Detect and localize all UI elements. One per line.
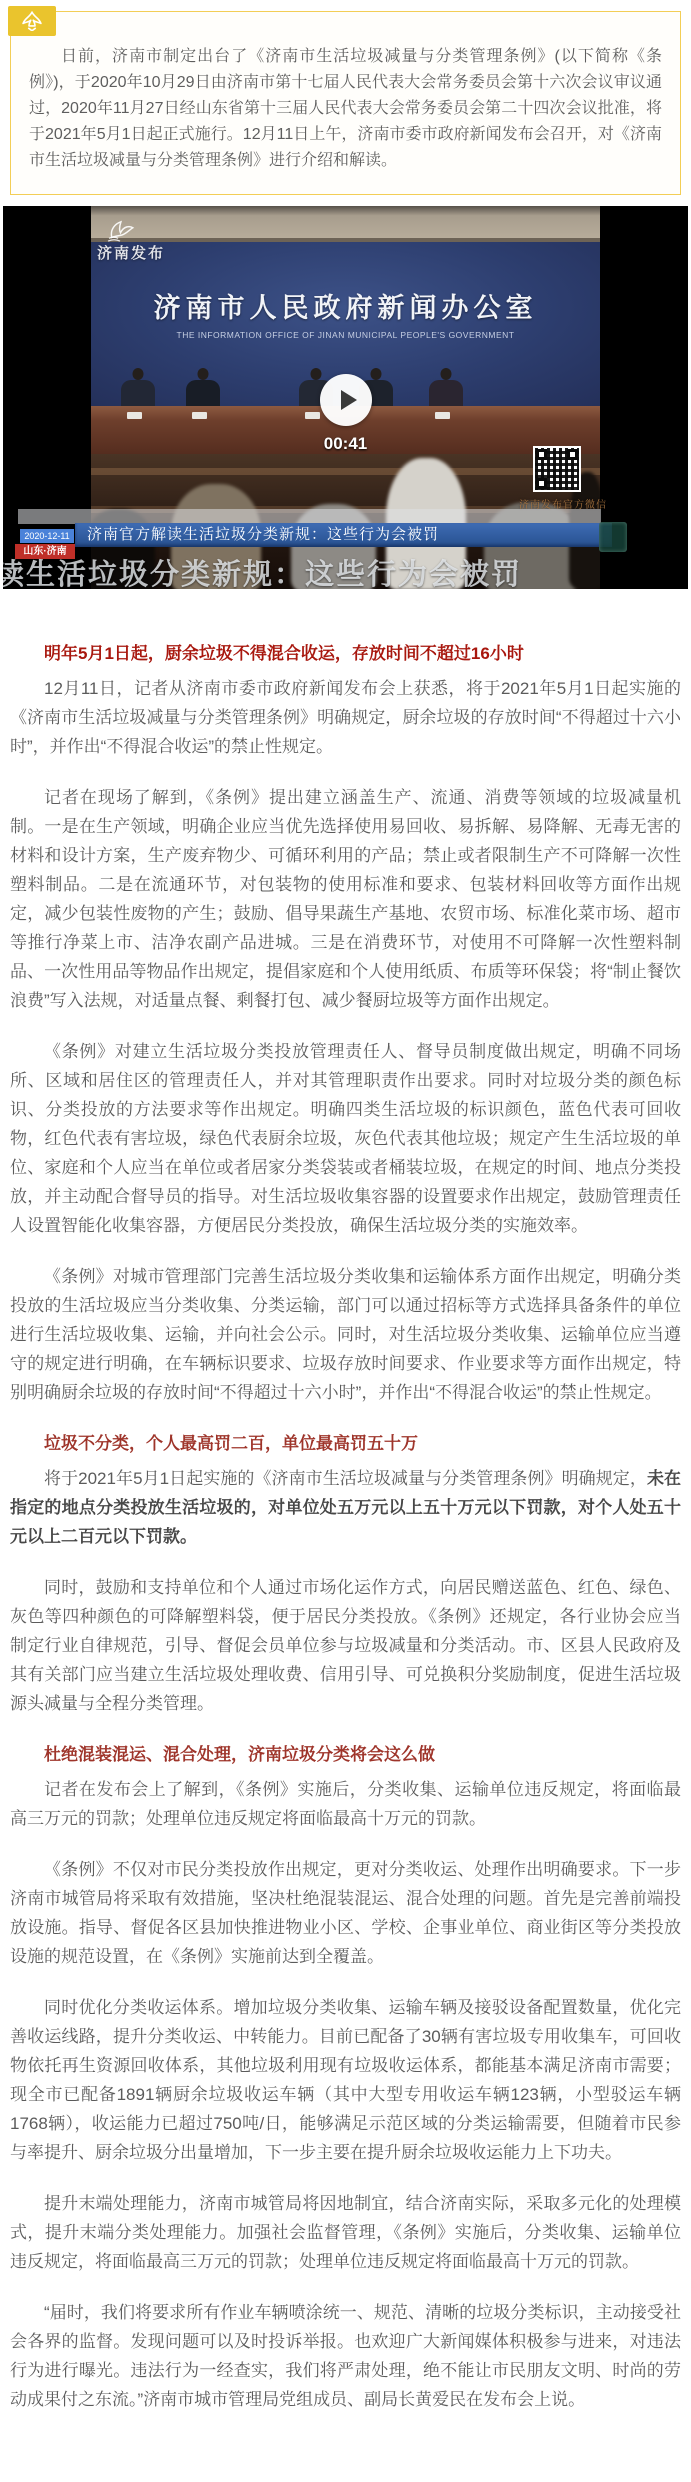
watermark-label: 济南发布 xyxy=(97,245,165,262)
paragraph: 记者在发布会上了解到，《条例》实施后，分类收集、运输单位违反规定，将面临最高三万… xyxy=(10,1775,681,1833)
paragraph: 12月11日，记者从济南市委市政府新闻发布会上获悉，将于2021年5月1日起实施… xyxy=(10,674,681,761)
qr-finder xyxy=(536,449,547,460)
official-silhouette xyxy=(186,368,220,406)
seat-row xyxy=(91,468,600,475)
paragraph: 将于2021年5月1日起实施的《济南市生活垃圾减量与分类管理条例》明确规定，未在… xyxy=(10,1464,681,1551)
article-body: 明年5月1日起，厨余垃圾不得混合收运，存放时间不超过16小时 12月11日，记者… xyxy=(0,639,691,2482)
nameplate xyxy=(435,412,450,419)
nameplate xyxy=(192,412,207,419)
qr-finder xyxy=(567,449,578,460)
announce-badge xyxy=(8,6,56,36)
section-heading-3: 杜绝混装混运、混合处理，济南垃圾分类将会这么做 xyxy=(10,1740,681,1765)
official-silhouette xyxy=(121,368,155,406)
paragraph: 同时优化分类收运体系。增加垃圾分类收集、运输车辆及接驳设备配置数量，优化完善收运… xyxy=(10,1993,681,2167)
paragraph: 提升末端处理能力，济南市城管局将因地制宜，结合济南实际，采取多元化的处理模式，提… xyxy=(10,2189,681,2276)
press-room-ceiling xyxy=(91,206,600,242)
tv-station-bug xyxy=(599,522,627,552)
paragraph: “届时，我们将要求所有作业车辆喷涂统一、规范、清晰的垃圾分类标识，主动接受社会各… xyxy=(10,2298,681,2414)
paragraph: 同时，鼓励和支持单位和个人通过市场化运作方式，向居民赠送蓝色、红色、绿色、灰色等… xyxy=(10,1573,681,1718)
lotus-logo-icon xyxy=(105,220,135,242)
play-button[interactable] xyxy=(320,374,372,426)
qr-code xyxy=(533,446,581,492)
ticker-date-chip: 2020-12-11 xyxy=(20,529,74,543)
paragraph: 记者在现场了解到，《条例》提出建立涵盖生产、流通、消费等领域的垃圾减量机制。一是… xyxy=(10,783,681,1015)
backdrop-title: 济南市人民政府新闻办公室 xyxy=(91,286,600,325)
intro-callout: 日前，济南市制定出台了《济南市生活垃圾减量与分类管理条例》(以下简称《条例》)，… xyxy=(10,11,681,195)
scrolling-headline: 读生活垃圾分类新规：这些行为会被罚 xyxy=(3,552,522,589)
intro-text: 日前，济南市制定出台了《济南市生活垃圾减量与分类管理条例》(以下简称《条例》)，… xyxy=(29,44,662,174)
paragraph: 《条例》不仅对市民分类投放作出规定，更对分类收运、处理作出明确要求。下一步济南市… xyxy=(10,1855,681,1971)
backdrop-subtitle: THE INFORMATION OFFICE OF JINAN MUNICIPA… xyxy=(91,330,600,340)
ticker-strip xyxy=(18,509,601,524)
video-timestamp: 00:41 xyxy=(3,434,688,454)
paragraph-text: 将于2021年5月1日起实施的《济南市生活垃圾减量与分类管理条例》明确规定， xyxy=(44,1469,647,1488)
nameplate xyxy=(127,412,142,419)
section-heading-1: 明年5月1日起，厨余垃圾不得混合收运，存放时间不超过16小时 xyxy=(10,639,681,664)
play-icon xyxy=(341,390,357,410)
ticker-headline: 济南官方解读生活垃圾分类新规：这些行为会被罚 xyxy=(75,523,612,547)
jinan-fabu-watermark: 济南发布 xyxy=(97,220,165,263)
nameplate xyxy=(305,412,320,419)
qr-finder xyxy=(536,478,547,489)
lotus-icon xyxy=(19,11,45,31)
paragraph: 《条例》对建立生活垃圾分类投放管理责任人、督导员制度做出规定，明确不同场所、区域… xyxy=(10,1037,681,1240)
video-player[interactable]: 济南市人民政府新闻办公室 THE INFORMATION OFFICE OF J… xyxy=(3,206,688,589)
ticker-bar: 济南官方解读生活垃圾分类新规：这些行为会被罚 xyxy=(75,523,612,547)
official-silhouette xyxy=(429,368,463,406)
section-heading-2: 垃圾不分类，个人最高罚二百，单位最高罚五十万 xyxy=(10,1429,681,1454)
paragraph: 《条例》对城市管理部门完善生活垃圾分类收集和运输体系方面作出规定，明确分类投放的… xyxy=(10,1262,681,1407)
